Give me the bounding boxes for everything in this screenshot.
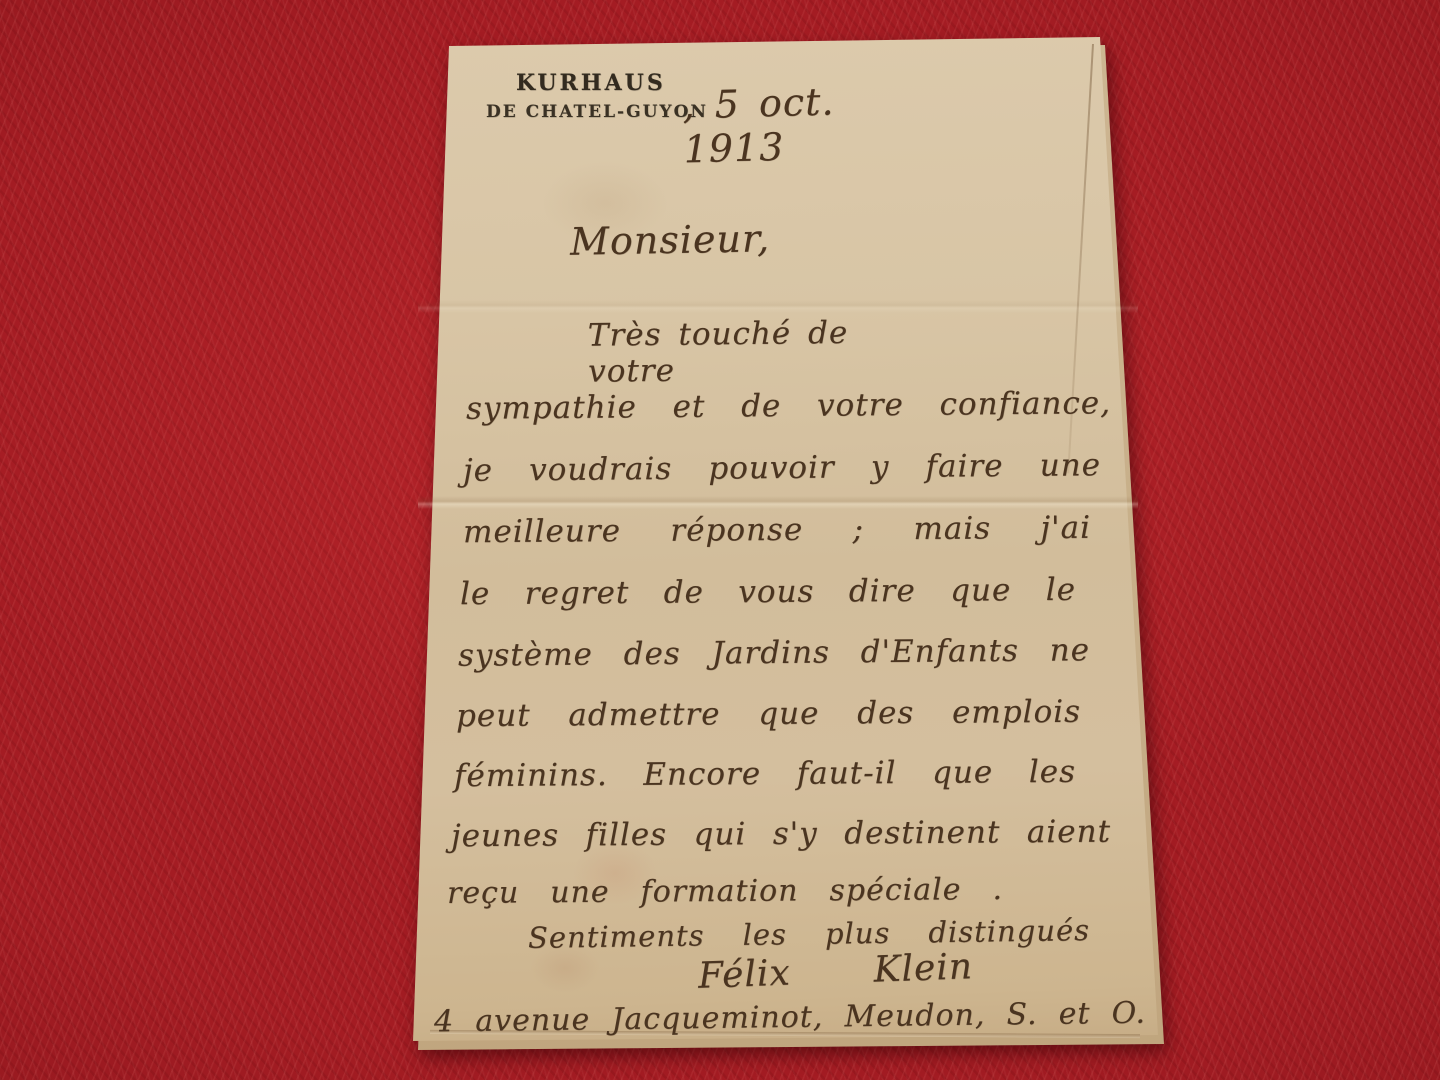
- handwritten-line: sympathie et de votre confiance,: [466, 385, 1111, 427]
- letterhead-subtitle: DE CHATEL-GUYON: [486, 102, 708, 122]
- handwritten-line: reçu une formation spéciale .: [447, 872, 1003, 911]
- letterhead-title: KURHAUS: [516, 70, 666, 96]
- photo-background: KURHAUS DE CHATEL-GUYON , 5 oct. 1913 Mo…: [0, 0, 1440, 1080]
- handwritten-line: je voudrais pouvoir y faire une: [463, 447, 1101, 489]
- handwritten-line: peut admettre que des emplois: [456, 694, 1081, 734]
- handwritten-line: féminins. Encore faut-il que les: [454, 754, 1076, 794]
- handwritten-line: meilleure réponse ; mais j'ai: [463, 510, 1091, 550]
- handwritten-line: le regret de vous dire que le: [460, 572, 1076, 612]
- handwritten-salutation: Monsieur,: [570, 216, 771, 263]
- handwritten-line: système des Jardins d'Enfants ne: [458, 632, 1090, 674]
- fold-crease: [418, 496, 1138, 509]
- handwritten-line: jeunes filles qui s'y destinent aient: [451, 814, 1111, 855]
- handwritten-date: , 5 oct. 1913: [682, 77, 946, 172]
- fold-crease: [418, 300, 1138, 313]
- handwritten-line: Très touché de votre: [588, 314, 904, 389]
